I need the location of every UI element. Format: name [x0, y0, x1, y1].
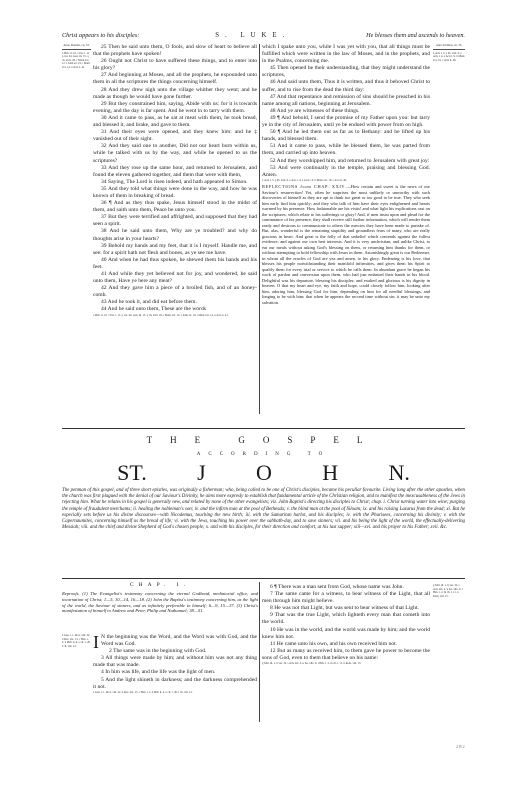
verse: 28 And they drew nigh unto the village w…	[93, 87, 257, 101]
margin-notes-john-right: g Mal. iii. 1. h ver. 32. i Acts xix. 4.…	[433, 584, 465, 714]
gospel-title-line3: ST. J O H N.	[62, 460, 465, 486]
verse: 25 Then he said unto them, O fools, and …	[93, 44, 257, 58]
verse: 39 Behold my hands and my feet, that it …	[93, 243, 257, 257]
gospel-title-line1: THE GOSPEL	[62, 435, 465, 445]
verse: 12 But as many as received him, to them …	[262, 648, 430, 662]
title-letter: O	[256, 460, 272, 486]
verse: 35 And they told what things were done i…	[93, 186, 257, 200]
verse: 38 And he said unto them, Why are ye tro…	[93, 228, 257, 242]
verse: 40 And when he had thus spoken, he shewe…	[93, 257, 257, 271]
margin-notes-john-left: a Gen. i. 1. Prov. viii. 22. b Rev. xix.…	[62, 634, 91, 704]
running-head-book: S. LUKE.	[215, 32, 290, 39]
verse: 33 And they rose up the same hour, and r…	[93, 165, 257, 179]
verse: 30 And it came to pass, as he sat at mea…	[93, 115, 257, 129]
verse: 52 And they worshipped him, and returned…	[262, 158, 430, 165]
verse: 46 And said unto them, Thus it is writte…	[262, 79, 430, 93]
column-divider	[259, 44, 260, 414]
running-head: Christ appears to his disciples: S. LUKE…	[62, 32, 465, 44]
verse: 53 And were continually in the temple, p…	[262, 165, 430, 179]
margin-date-right: Anno Domini, cir. 33.	[433, 44, 465, 50]
verse: 29 But they constrained him, saying, Abi…	[93, 101, 257, 115]
verse: 37 But they were terrified and affrighte…	[93, 214, 257, 228]
verse: 45 Then opened he their understanding, t…	[262, 65, 430, 79]
verse: 11 He came unto his own, and his own rec…	[262, 641, 430, 648]
verse: which I spake unto you, while I was yet …	[262, 44, 430, 65]
margin-references: a Gen. i. 1. Prov. viii. 22. b Rev. xix.…	[62, 634, 91, 648]
bible-page: Christ appears to his disciples: S. LUKE…	[0, 0, 518, 800]
margin-notes-right: Anno Domini, cir. 33. x Acts i. 3. y Ps.…	[433, 44, 465, 244]
verse: 43 And he took it, and did eat before th…	[93, 299, 257, 306]
footnote-john-left: a Gen. i. 1. Prov. viii. 22. b Rev. xix.…	[93, 691, 257, 694]
john-left-column: IN the beginning was the Word, and the W…	[93, 634, 257, 694]
verse: 47 And that repentance and remission of …	[262, 94, 430, 108]
footnote-right: x Acts i. 3. y Ps. xxii. 6. z Acts i. 4.…	[262, 179, 430, 182]
column-divider-john	[259, 582, 260, 722]
title-letter: H	[322, 460, 338, 486]
john-right-column: 6 ¶ There was a man sent from God, whose…	[262, 584, 430, 665]
verse: 36 ¶ And as they thus spake, Jesus himse…	[93, 200, 257, 214]
title-letter: N.	[388, 460, 409, 486]
running-head-right: He blesses them and ascends to heaven.	[366, 32, 465, 39]
verse: 27 And beginning at Moses, and all the p…	[93, 72, 257, 86]
gospel-title-line2: ACCORDING TO	[62, 452, 465, 457]
intro-rule	[62, 578, 465, 579]
verse: 9 That was the true Light, which lightet…	[262, 612, 430, 626]
verse: 26 Ought not Christ to have suffered the…	[93, 58, 257, 72]
reflections: REFLECTIONS from CHAP. XXIV.—How certain…	[262, 184, 430, 305]
margin-date-left: Anno Domini, cir. 33.	[62, 44, 91, 50]
gospel-introduction: The penman of this gospel, and of three …	[62, 488, 465, 531]
title-st: ST.	[117, 460, 147, 486]
dropcap: I	[93, 635, 99, 649]
margin-references: g Mal. iii. 1. h ver. 32. i Acts xix. 4.…	[433, 584, 465, 598]
chapter-heading: CHAP. I.	[62, 582, 258, 588]
verse: 31 And their eyes were opened, and they …	[93, 129, 257, 143]
verse: 8 He was not that Light, but was sent to…	[262, 605, 430, 612]
verse: 44 And he said unto them, These are the …	[93, 306, 257, 313]
verse: 2 The same was in the beginning with God…	[93, 648, 257, 655]
verse: 7 The same came for a witness, to bear w…	[262, 591, 430, 605]
verse: 41 And while they yet believed not for j…	[93, 271, 257, 285]
verse-1: IN the beginning was the Word, and the W…	[93, 634, 257, 648]
margin-notes-left: Anno Domini, cir. 33. o Heb. ii. 10. 1 P…	[62, 44, 91, 414]
verse: 42 And they gave him a piece of a broile…	[93, 285, 257, 299]
footnote-john-right: g Mal. iii. 1. h ver. 32. i Acts xix. 4.…	[262, 662, 430, 665]
signature-mark: 2 B 2	[456, 744, 465, 749]
verse: 32 And they said one to another, Did not…	[93, 143, 257, 164]
reflections-heading: REFLECTIONS from CHAP. XXIV.	[262, 184, 346, 189]
luke-left-column: 25 Then he said unto them, O fools, and …	[93, 44, 257, 317]
verse: 3 All things were made by him; and witho…	[93, 655, 257, 669]
verse: 34 Saying, The Lord is risen indeed, and…	[93, 179, 257, 186]
verse: 4 In him was life, and the life was the …	[93, 669, 257, 676]
verse: 49 ¶ And behold, I send the promise of m…	[262, 115, 430, 129]
footnote-left: o Heb. ii. 10. 1 Pet. i. 11. p ver. 44. …	[93, 314, 257, 317]
section-rule	[62, 428, 465, 429]
luke-right-column: which I spake unto you, while I was yet …	[262, 44, 430, 305]
chapter-summary: Reproofs, (1) The Evangelist's testimony…	[62, 591, 258, 614]
verse: 51 And it came to pass, while he blessed…	[262, 143, 430, 157]
margin-references-right: x Acts i. 3. y Ps. xxii. 6. z Acts i. 4.…	[433, 52, 465, 63]
margin-references-left: o Heb. ii. 10. 1 Pet. i. 11. p ver. 44. …	[62, 52, 91, 70]
verse: 48 And ye are witnesses of these things.	[262, 108, 430, 115]
running-head-left: Christ appears to his disciples:	[62, 32, 139, 39]
title-letter: J	[197, 460, 206, 486]
reflections-text: —How certain and sweet is the news of ou…	[262, 184, 430, 305]
verse: 5 And the light shineth in darkness; and…	[93, 677, 257, 691]
verse: 10 He was in the world, and the world wa…	[262, 627, 430, 641]
verse: 50 ¶ And he led them out as far as to Be…	[262, 129, 430, 143]
